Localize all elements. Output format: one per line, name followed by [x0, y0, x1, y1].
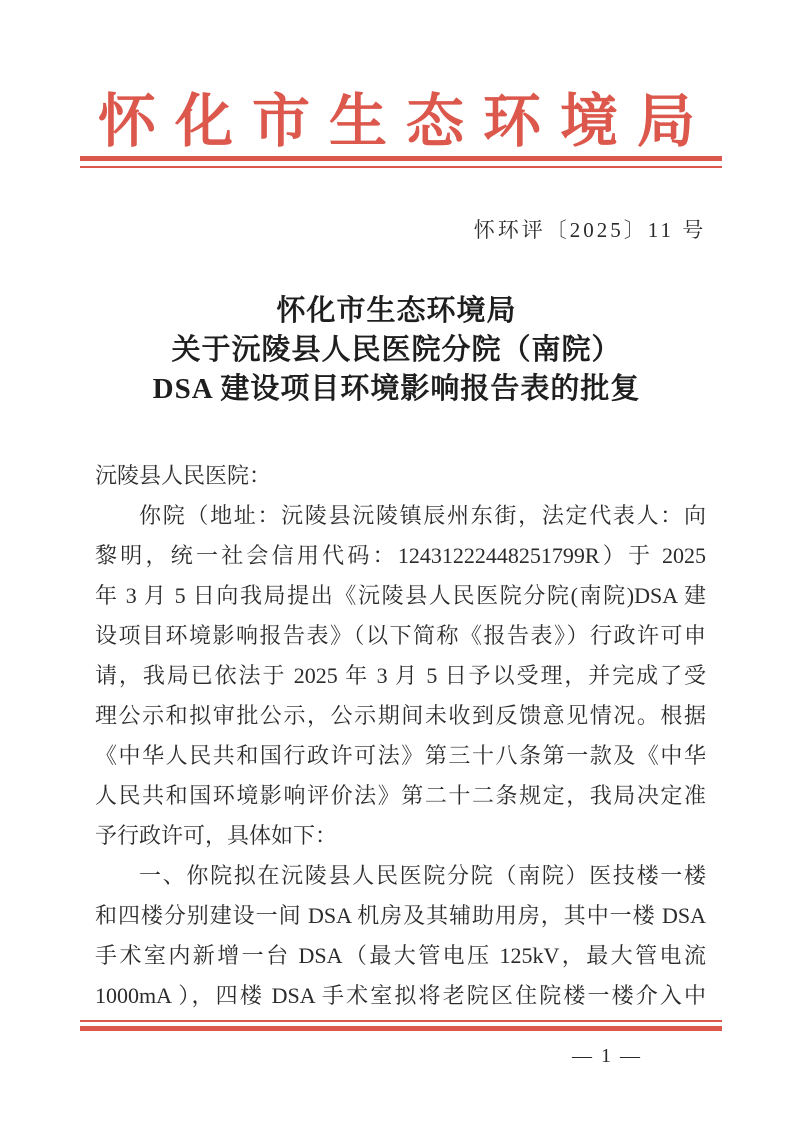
body-line: 黎明，统一社会信用代码：12431222448251799R）于 2025: [95, 536, 706, 576]
letterhead-agency-name: 怀化市生态环境局: [0, 74, 793, 158]
body-line: 1000mA ），四楼 DSA 手术室拟将老院区住院楼一楼介入中: [95, 976, 706, 1016]
letterhead-rule-thick: [80, 156, 722, 161]
body-line: 《中华人民共和国行政许可法》第三十八条第一款及《中华: [95, 736, 706, 776]
title-line-1: 怀化市生态环境局: [0, 292, 793, 331]
document-number: 怀环评〔2025〕11 号: [430, 214, 750, 244]
document-body: 沅陵县人民医院： 你院（地址：沅陵县沅陵镇辰州东街，法定代表人：向 黎明，统一社…: [95, 456, 706, 1016]
body-line: 一、你院拟在沅陵县人民医院分院（南院）医技楼一楼: [95, 856, 706, 896]
body-line: 理公示和拟审批公示，公示期间未收到反馈意见情况。根据: [95, 696, 706, 736]
body-line: 年 3 月 5 日向我局提出《沅陵县人民医院分院(南院)DSA 建: [95, 576, 706, 616]
letterhead-rule-thin: [80, 166, 722, 168]
footer-rule-thick: [80, 1026, 722, 1031]
body-line-salutation: 沅陵县人民医院：: [95, 456, 706, 496]
document-page: 怀化市生态环境局 怀环评〔2025〕11 号 怀化市生态环境局 关于沅陵县人民医…: [0, 0, 793, 1122]
body-line: 人民共和国环境影响评价法》第二十二条规定，我局决定准: [95, 776, 706, 816]
page-number: — 1 —: [500, 1045, 714, 1068]
body-line: 和四楼分别建设一间 DSA 机房及其辅助用房，其中一楼 DSA: [95, 896, 706, 936]
title-line-2: 关于沅陵县人民医院分院（南院）: [0, 331, 793, 370]
body-line: 手术室内新增一台 DSA（最大管电压 125kV，最大管电流: [95, 936, 706, 976]
body-line: 请，我局已依法于 2025 年 3 月 5 日予以受理，并完成了受: [95, 656, 706, 696]
body-line: 你院（地址：沅陵县沅陵镇辰州东街，法定代表人：向: [95, 496, 706, 536]
footer-rule-thin: [80, 1020, 722, 1022]
title-line-3: DSA 建设项目环境影响报告表的批复: [0, 370, 793, 409]
body-line: 予行政许可，具体如下：: [95, 816, 706, 856]
document-title: 怀化市生态环境局 关于沅陵县人民医院分院（南院） DSA 建设项目环境影响报告表…: [0, 292, 793, 409]
body-line: 设项目环境影响报告表》（以下简称《报告表》）行政许可申: [95, 616, 706, 656]
